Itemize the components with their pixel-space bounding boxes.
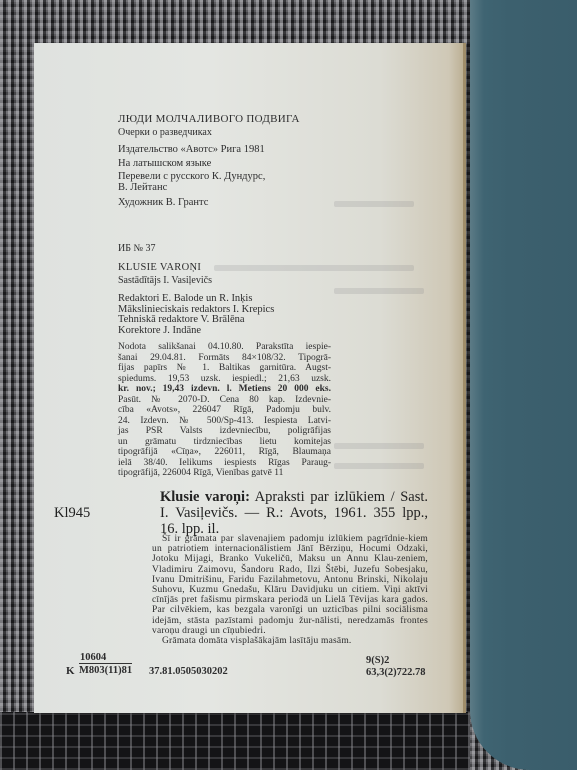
imprint-line: ielā 38/40. Ielikums iespiests Rīgas Par…: [118, 458, 331, 469]
credit-line: Redaktori E. Balode un R. Inķis: [118, 294, 378, 305]
imprint-line: spiedums. 19,53 uzsk. iespiedl.; 21,63 u…: [118, 374, 331, 385]
book-page: ЛЮДИ МОЛЧАЛИВОГО ПОДВИГА Очерки о развед…: [34, 43, 466, 713]
credits-list: Redaktori E. Balode un R. Inķis Mākslini…: [118, 294, 378, 336]
russian-subtitle: Очерки о разведчиках: [118, 126, 212, 140]
fraction-denominator: M803(11)81: [79, 663, 132, 676]
russian-translators: Перевели с русского К. Дундурс, В. Лейта…: [118, 171, 265, 193]
udc-line-2: 63,3(2)722.78: [366, 667, 426, 679]
translators-line-2: В. Лейтанс: [118, 182, 265, 193]
russian-artist: Художник В. Грантс: [118, 196, 208, 210]
show-through-text: [214, 265, 414, 271]
fabric-background: [0, 712, 470, 770]
printing-imprint: Nodota salikšanai 04.10.80. Parakstīta i…: [118, 342, 331, 479]
bib-title-rest: Apraksti par izlūkiem / Sast.: [250, 489, 428, 505]
bib-title-bold: Klusie varoņi:: [160, 489, 250, 505]
russian-language-note: На латышском языке: [118, 157, 211, 171]
imprint-line: kr. nov.; 19,43 izdevn. l. Metiens 20 00…: [118, 384, 331, 395]
imprint-line: tipogrāfijā, 226004 Rīgā, Vienības gatvē…: [118, 468, 331, 479]
bib-line-2: I. Vasiļevičs. — R.: Avots, 1961. 355 lp…: [160, 505, 428, 521]
bibliographic-heading: Klusie varoņi: Apraksti par izlūkiem / S…: [160, 489, 428, 537]
imprint-line: jas PSR Valsts izdevniecību, poligrāfija…: [118, 426, 331, 437]
abstract-paragraph-1: Šī ir grāmata par slavenajiem padomju iz…: [152, 534, 428, 636]
footer-udc: 9(S)2 63,3(2)722.78: [366, 655, 426, 679]
footer-code: 37.81.0505030202: [149, 666, 228, 677]
imprint-line: šanai 29.04.81. Formāts 84×108/32. Tipog…: [118, 353, 331, 364]
ib-number: ИБ № 37: [118, 242, 156, 256]
udc-line-1: 9(S)2: [366, 655, 426, 667]
imprint-line: tipogrāfijā «Cīņa», 226011, Rīgā, Blauma…: [118, 447, 331, 458]
show-through-text: [334, 443, 424, 449]
credit-line: Korektore J. Indāne: [118, 326, 378, 337]
fraction-numerator: 10604: [79, 652, 132, 663]
imprint-line: cība «Avots», 226047 Rīgā, Padomju bulv.: [118, 405, 331, 416]
translators-line-1: Перевели с русского К. Дундурс,: [118, 171, 265, 182]
russian-title: ЛЮДИ МОЛЧАЛИВОГО ПОДВИГА: [118, 112, 300, 126]
footer-k-letter: K: [66, 665, 75, 677]
footer-fraction: 10604 M803(11)81: [79, 652, 132, 676]
classification-code: Kl945: [54, 505, 90, 522]
abstract: Šī ir grāmata par slavenajiem padomju iz…: [152, 534, 428, 646]
latvian-title: KLUSIE VAROŅI: [118, 261, 201, 275]
imprint-line: 24. Izdevn. № 500/Sp-413. Iespiesta Latv…: [118, 416, 331, 427]
book-cover: [470, 0, 577, 770]
show-through-text: [334, 201, 414, 207]
latvian-compiler: Sastādītājs I. Vasiļevičs: [118, 274, 212, 288]
abstract-paragraph-2: Grāmata domāta visplašākajām lasītāju ma…: [152, 636, 428, 646]
imprint-line: Pasūt. № 2070-D. Cena 80 kap. Izdevnie-: [118, 395, 331, 406]
russian-publisher: Издательство «Авотс» Рига 1981: [118, 143, 265, 157]
bib-line-1: Klusie varoņi: Apraksti par izlūkiem / S…: [160, 489, 428, 505]
imprint-line: un grāmatu tirdzniecības lietu komitejas: [118, 437, 331, 448]
show-through-text: [334, 463, 424, 469]
credit-line: Tehniskā redaktore V. Brālēna: [118, 315, 378, 326]
imprint-line: fijas papīrs № 1. Baltikas garnitūra. Au…: [118, 363, 331, 374]
imprint-line: Nodota salikšanai 04.10.80. Parakstīta i…: [118, 342, 331, 353]
